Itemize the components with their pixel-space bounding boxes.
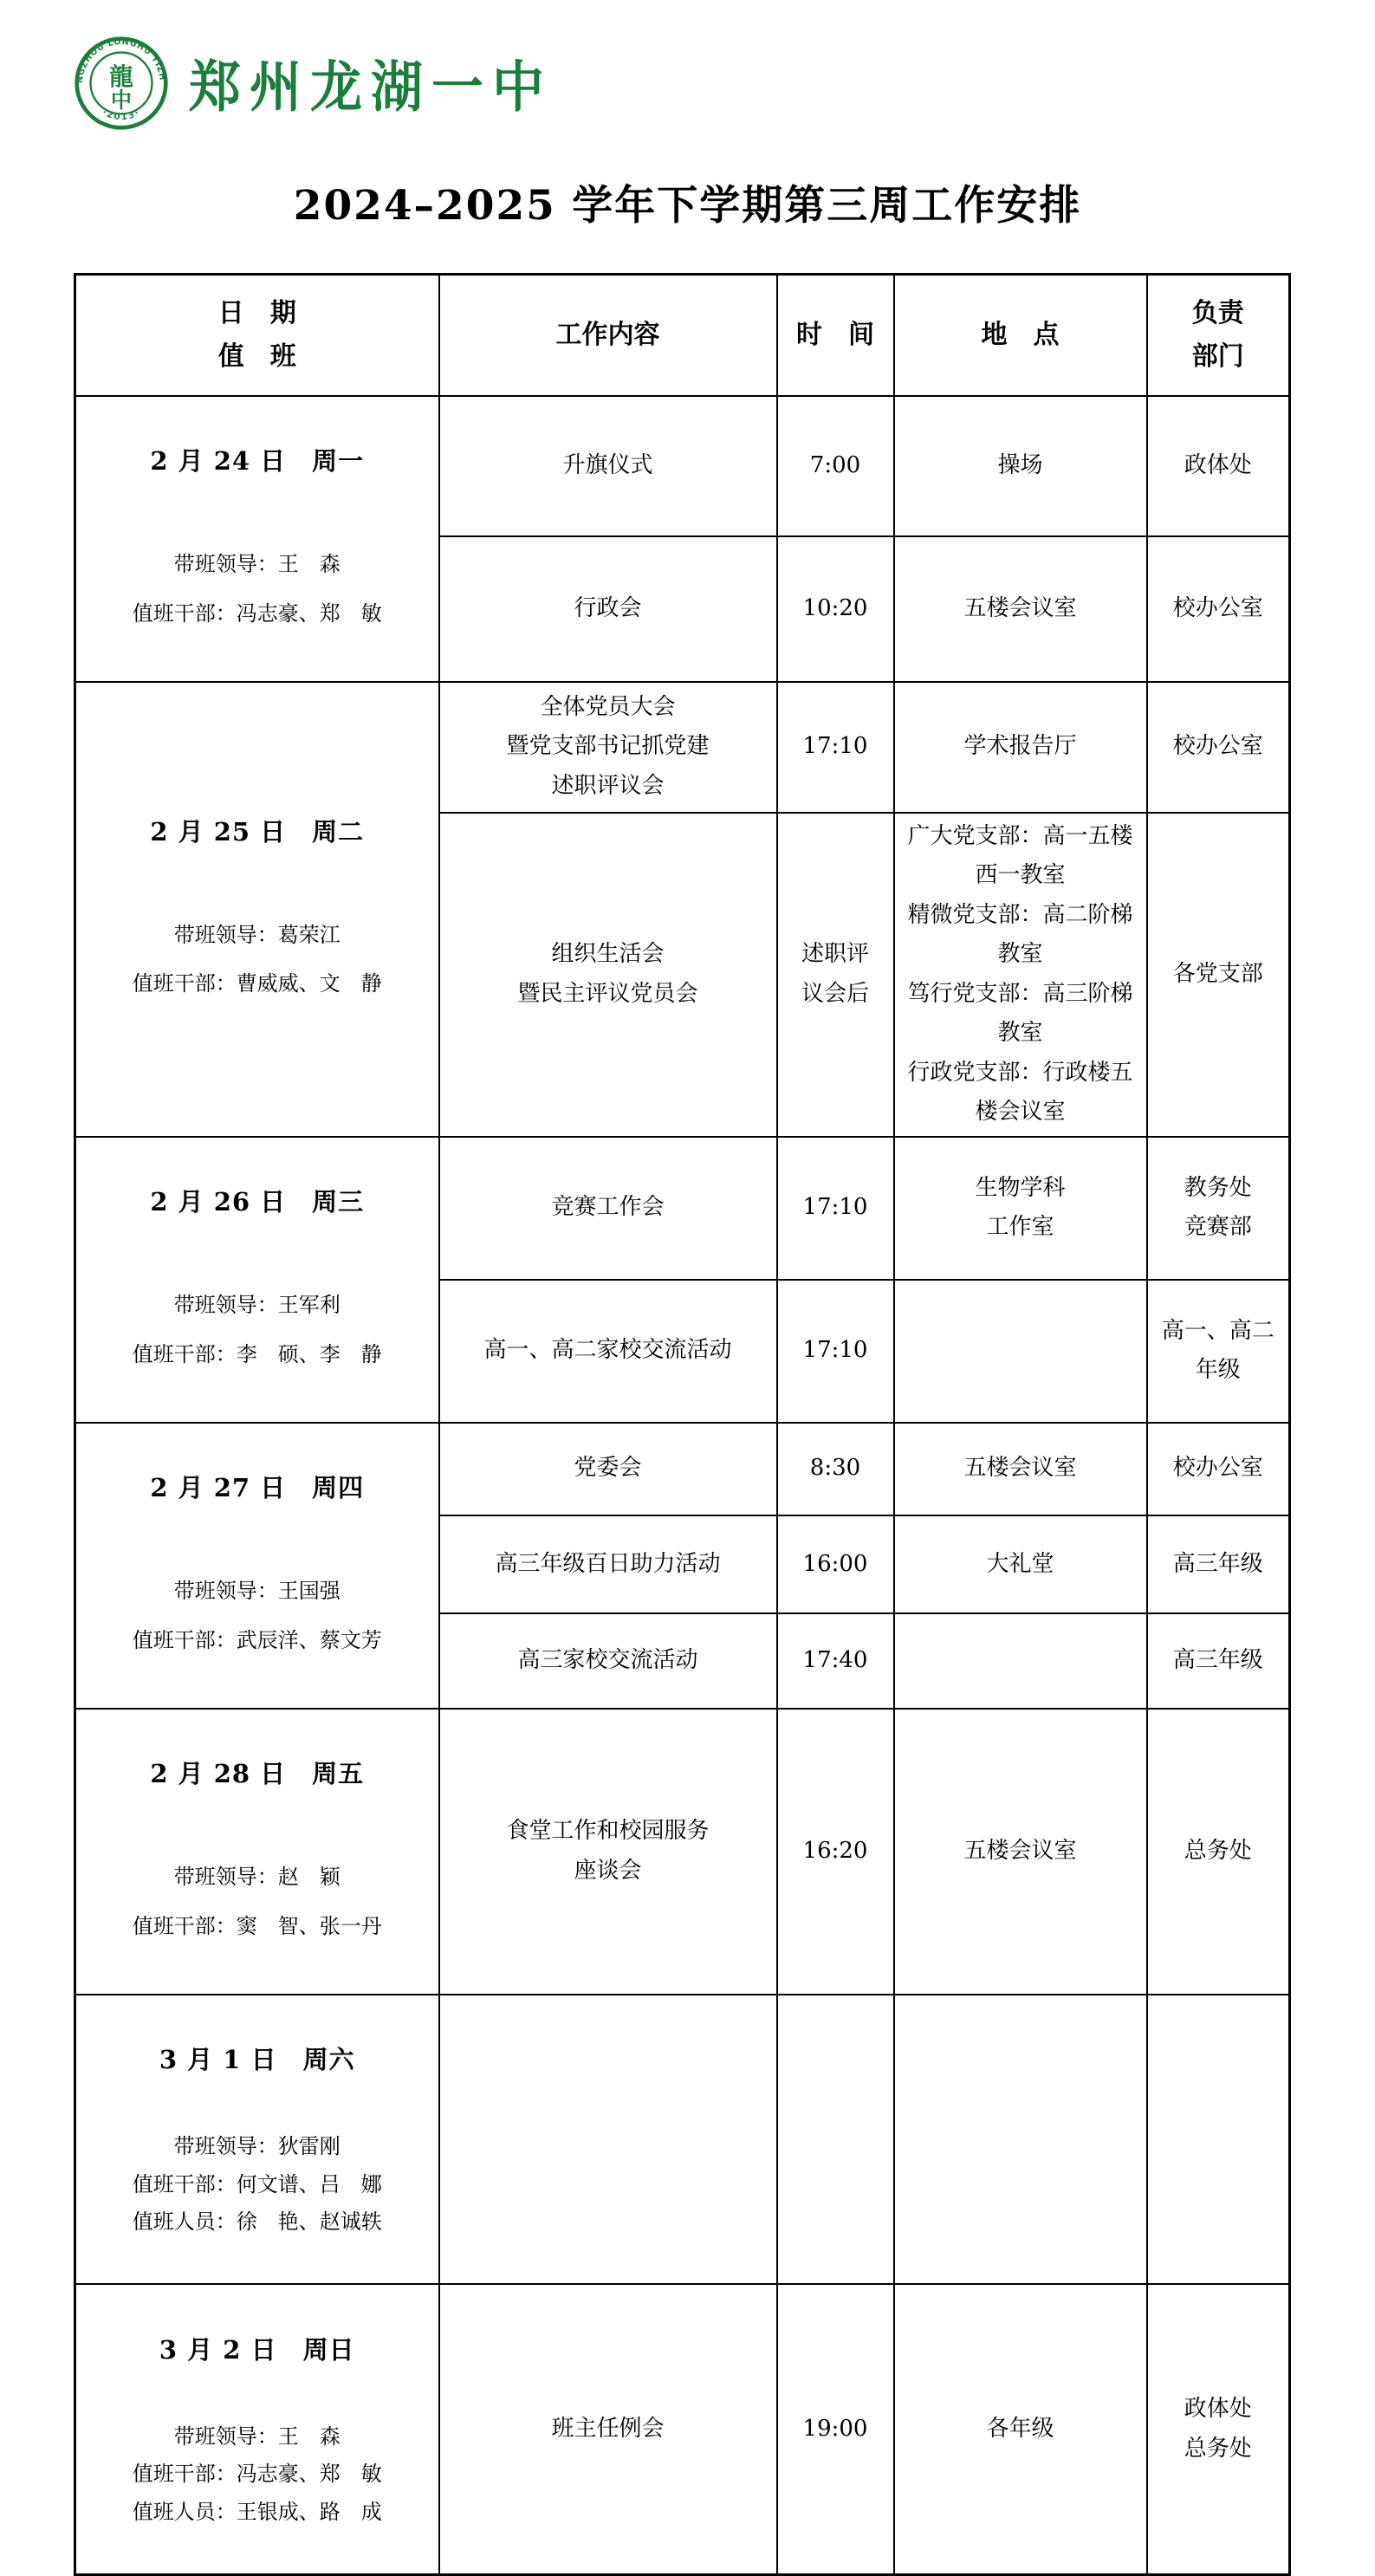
department-cell: 校办公室 xyxy=(1147,682,1290,813)
duty-lines: 带班领导：狄雷刚 值班干部：何文谱、吕 娜 值班人员：徐 艳、赵诚轶 xyxy=(81,2128,433,2241)
work-content-cell xyxy=(439,1995,777,2285)
work-content-cell: 食堂工作和校园服务 座谈会 xyxy=(439,1709,777,1995)
department-cell: 政体处 xyxy=(1147,396,1290,536)
time-cell: 述职评 议会后 xyxy=(777,813,894,1137)
time-cell: 16:20 xyxy=(777,1709,894,1995)
location-cell: 五楼会议室 xyxy=(894,536,1147,682)
school-name: 郑州龙湖一中 xyxy=(189,44,553,122)
location-cell: 广大党支部：高一五楼西一教室 精微党支部：高二阶梯教室 笃行党支部：高三阶梯教室… xyxy=(894,813,1147,1137)
date-line: 2 月 28 日 周五 xyxy=(81,1752,433,1796)
duty-lines: 带班领导：王军利 值班干部：李 硕、李 静 xyxy=(81,1281,433,1379)
work-content-cell: 竞赛工作会 xyxy=(439,1137,777,1280)
time-cell: 16:00 xyxy=(777,1515,894,1613)
location-cell: 各年级 xyxy=(894,2284,1147,2574)
date-cell: 2 月 28 日 周五 带班领导：赵 颖 值班干部：窦 智、张一丹 xyxy=(75,1709,439,1995)
location-cell: 大礼堂 xyxy=(894,1515,1147,1613)
weekly-schedule-table: 日 期 值 班 工作内容 时 间 地 点 负责 部门 2 月 24 日 周一 带… xyxy=(74,273,1291,2576)
department-cell xyxy=(1147,1995,1290,2285)
table-row: 2 月 24 日 周一 带班领导：王 森 值班干部：冯志豪、郑 敏 升旗仪式 7… xyxy=(75,396,1290,536)
duty-lines: 带班领导：王国强 值班干部：武辰洋、蔡文芳 xyxy=(81,1567,433,1664)
duty-lines: 带班领导：王 森 值班干部：冯志豪、郑 敏 值班人员：王银成、路 成 xyxy=(81,2418,433,2531)
date-cell: 2 月 27 日 周四 带班领导：王国强 值班干部：武辰洋、蔡文芳 xyxy=(75,1423,439,1709)
location-cell xyxy=(894,1280,1147,1423)
header-work-content: 工作内容 xyxy=(439,275,777,396)
header-department: 负责 部门 xyxy=(1147,275,1290,396)
header-row: 日 期 值 班 工作内容 时 间 地 点 负责 部门 xyxy=(75,275,1290,396)
time-cell: 17:10 xyxy=(777,1280,894,1423)
work-content-cell: 党委会 xyxy=(439,1423,777,1515)
page-title: 2024–2025 学年下学期第三周工作安排 xyxy=(0,173,1375,231)
date-cell: 2 月 25 日 周二 带班领导：葛荣江 值班干部：曹威威、文 静 xyxy=(75,682,439,1137)
department-cell: 高三年级 xyxy=(1147,1613,1290,1709)
work-content-cell: 全体党员大会 暨党支部书记抓党建 述职评议会 xyxy=(439,682,777,813)
department-cell: 高三年级 xyxy=(1147,1515,1290,1613)
department-cell: 校办公室 xyxy=(1147,536,1290,682)
location-cell xyxy=(894,1995,1147,2285)
table-row: 2 月 28 日 周五 带班领导：赵 颖 值班干部：窦 智、张一丹 食堂工作和校… xyxy=(75,1709,1290,1995)
school-seal-logo: ZHENGZHOU LONGHU YIZHONG ·2013· 龍 中 xyxy=(73,35,170,132)
department-cell: 政体处 总务处 xyxy=(1147,2284,1290,2574)
time-cell: 17:10 xyxy=(777,682,894,813)
document-page: { "colors": { "brand_green": "#1b7f3b", … xyxy=(0,0,1375,1882)
location-cell: 五楼会议室 xyxy=(894,1423,1147,1515)
date-cell: 3 月 1 日 周六 带班领导：狄雷刚 值班干部：何文谱、吕 娜 值班人员：徐 … xyxy=(75,1995,439,2285)
date-line: 2 月 27 日 周四 xyxy=(81,1466,433,1510)
department-cell: 校办公室 xyxy=(1147,1423,1290,1515)
location-cell: 五楼会议室 xyxy=(894,1709,1147,1995)
time-cell: 10:20 xyxy=(777,536,894,682)
department-cell: 高一、高二 年级 xyxy=(1147,1280,1290,1423)
date-line: 2 月 26 日 周三 xyxy=(81,1180,433,1224)
department-cell: 总务处 xyxy=(1147,1709,1290,1995)
date-line: 2 月 25 日 周二 xyxy=(81,810,433,854)
time-cell: 7:00 xyxy=(777,396,894,536)
time-cell: 17:10 xyxy=(777,1137,894,1280)
department-cell: 教务处 竞赛部 xyxy=(1147,1137,1290,1280)
duty-lines: 带班领导：王 森 值班干部：冯志豪、郑 敏 xyxy=(81,540,433,638)
work-content-cell: 高一、高二家校交流活动 xyxy=(439,1280,777,1423)
table-row: 2 月 25 日 周二 带班领导：葛荣江 值班干部：曹威威、文 静 全体党员大会… xyxy=(75,682,1290,813)
header-location: 地 点 xyxy=(894,275,1147,396)
school-header: ZHENGZHOU LONGHU YIZHONG ·2013· 龍 中 郑州龙湖… xyxy=(73,35,553,132)
time-cell: 19:00 xyxy=(777,2284,894,2574)
work-content-cell: 高三年级百日助力活动 xyxy=(439,1515,777,1613)
department-cell: 各党支部 xyxy=(1147,813,1290,1137)
time-cell: 8:30 xyxy=(777,1423,894,1515)
table-row: 2 月 27 日 周四 带班领导：王国强 值班干部：武辰洋、蔡文芳 党委会 8:… xyxy=(75,1423,1290,1515)
location-cell: 学术报告厅 xyxy=(894,682,1147,813)
date-line: 3 月 2 日 周日 xyxy=(81,2328,433,2372)
date-cell: 2 月 24 日 周一 带班领导：王 森 值班干部：冯志豪、郑 敏 xyxy=(75,396,439,682)
date-line: 2 月 24 日 周一 xyxy=(81,439,433,483)
work-content-cell: 高三家校交流活动 xyxy=(439,1613,777,1709)
date-line: 3 月 1 日 周六 xyxy=(81,2038,433,2082)
seal-center-glyph-top: 龍 xyxy=(109,62,133,91)
work-content-cell: 行政会 xyxy=(439,536,777,682)
date-cell: 2 月 26 日 周三 带班领导：王军利 值班干部：李 硕、李 静 xyxy=(75,1137,439,1423)
location-cell xyxy=(894,1613,1147,1709)
duty-lines: 带班领导：葛荣江 值班干部：曹威威、文 静 xyxy=(81,911,433,1009)
table-row: 3 月 2 日 周日 带班领导：王 森 值班干部：冯志豪、郑 敏 值班人员：王银… xyxy=(75,2284,1290,2574)
location-cell: 操场 xyxy=(894,396,1147,536)
work-content-cell: 升旗仪式 xyxy=(439,396,777,536)
date-cell: 3 月 2 日 周日 带班领导：王 森 值班干部：冯志豪、郑 敏 值班人员：王银… xyxy=(75,2284,439,2574)
time-cell xyxy=(777,1995,894,2285)
work-content-cell: 班主任例会 xyxy=(439,2284,777,2574)
header-time: 时 间 xyxy=(777,275,894,396)
table-row: 2 月 26 日 周三 带班领导：王军利 值班干部：李 硕、李 静 竞赛工作会 … xyxy=(75,1137,1290,1280)
header-date-duty: 日 期 值 班 xyxy=(75,275,439,396)
table-row: 3 月 1 日 周六 带班领导：狄雷刚 值班干部：何文谱、吕 娜 值班人员：徐 … xyxy=(75,1995,1290,2285)
location-cell: 生物学科 工作室 xyxy=(894,1137,1147,1280)
duty-lines: 带班领导：赵 颖 值班干部：窦 智、张一丹 xyxy=(81,1853,433,1950)
work-content-cell: 组织生活会 暨民主评议党员会 xyxy=(439,813,777,1137)
seal-center-glyph-bottom: 中 xyxy=(111,88,132,113)
time-cell: 17:40 xyxy=(777,1613,894,1709)
